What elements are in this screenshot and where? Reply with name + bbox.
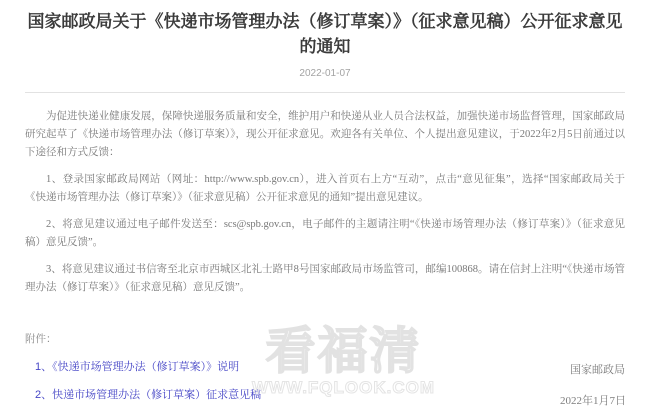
notice-page: 国家邮政局关于《快递市场管理办法（修订草案）》（征求意见稿）公开征求意见的通知 … bbox=[0, 0, 650, 413]
signature-agency: 国家邮政局 bbox=[570, 361, 625, 377]
notice-paragraph-channel-email: 2、将意见建议通过电子邮件发送至：scs@spb.gov.cn，电子邮件的主题请… bbox=[25, 216, 625, 252]
notice-paragraph-channel-mail: 3、将意见建议通过书信寄至北京市西城区北礼士路甲8号国家邮政局市场监管司，邮编1… bbox=[25, 261, 625, 297]
signature-date: 2022年1月7日 bbox=[560, 392, 626, 408]
notice-paragraph-intro: 为促进快递业健康发展，保障快递服务质量和安全，维护用户和快递从业人员合法权益，加… bbox=[25, 108, 625, 162]
attachment-link-explanation[interactable]: 1、《快递市场管理办法（修订草案）》说明 bbox=[35, 358, 625, 374]
notice-paragraph-channel-website: 1、登录国家邮政局网站（网址：http://www.spb.gov.cn），进入… bbox=[25, 171, 625, 207]
attachment-link-draft[interactable]: 2、快递市场管理办法（修订草案）征求意见稿 bbox=[35, 386, 625, 402]
page-title: 国家邮政局关于《快递市场管理办法（修订草案）》（征求意见稿）公开征求意见的通知 bbox=[25, 10, 625, 59]
attachments-section: 附件： 1、《快递市场管理办法（修订草案）》说明 2、快递市场管理办法（修订草案… bbox=[25, 331, 625, 402]
attachments-label: 附件： bbox=[25, 331, 625, 346]
publish-date: 2022-01-07 bbox=[25, 68, 625, 79]
title-divider bbox=[25, 92, 625, 93]
notice-body: 为促进快递业健康发展，保障快递服务质量和安全，维护用户和快递从业人员合法权益，加… bbox=[25, 108, 625, 297]
